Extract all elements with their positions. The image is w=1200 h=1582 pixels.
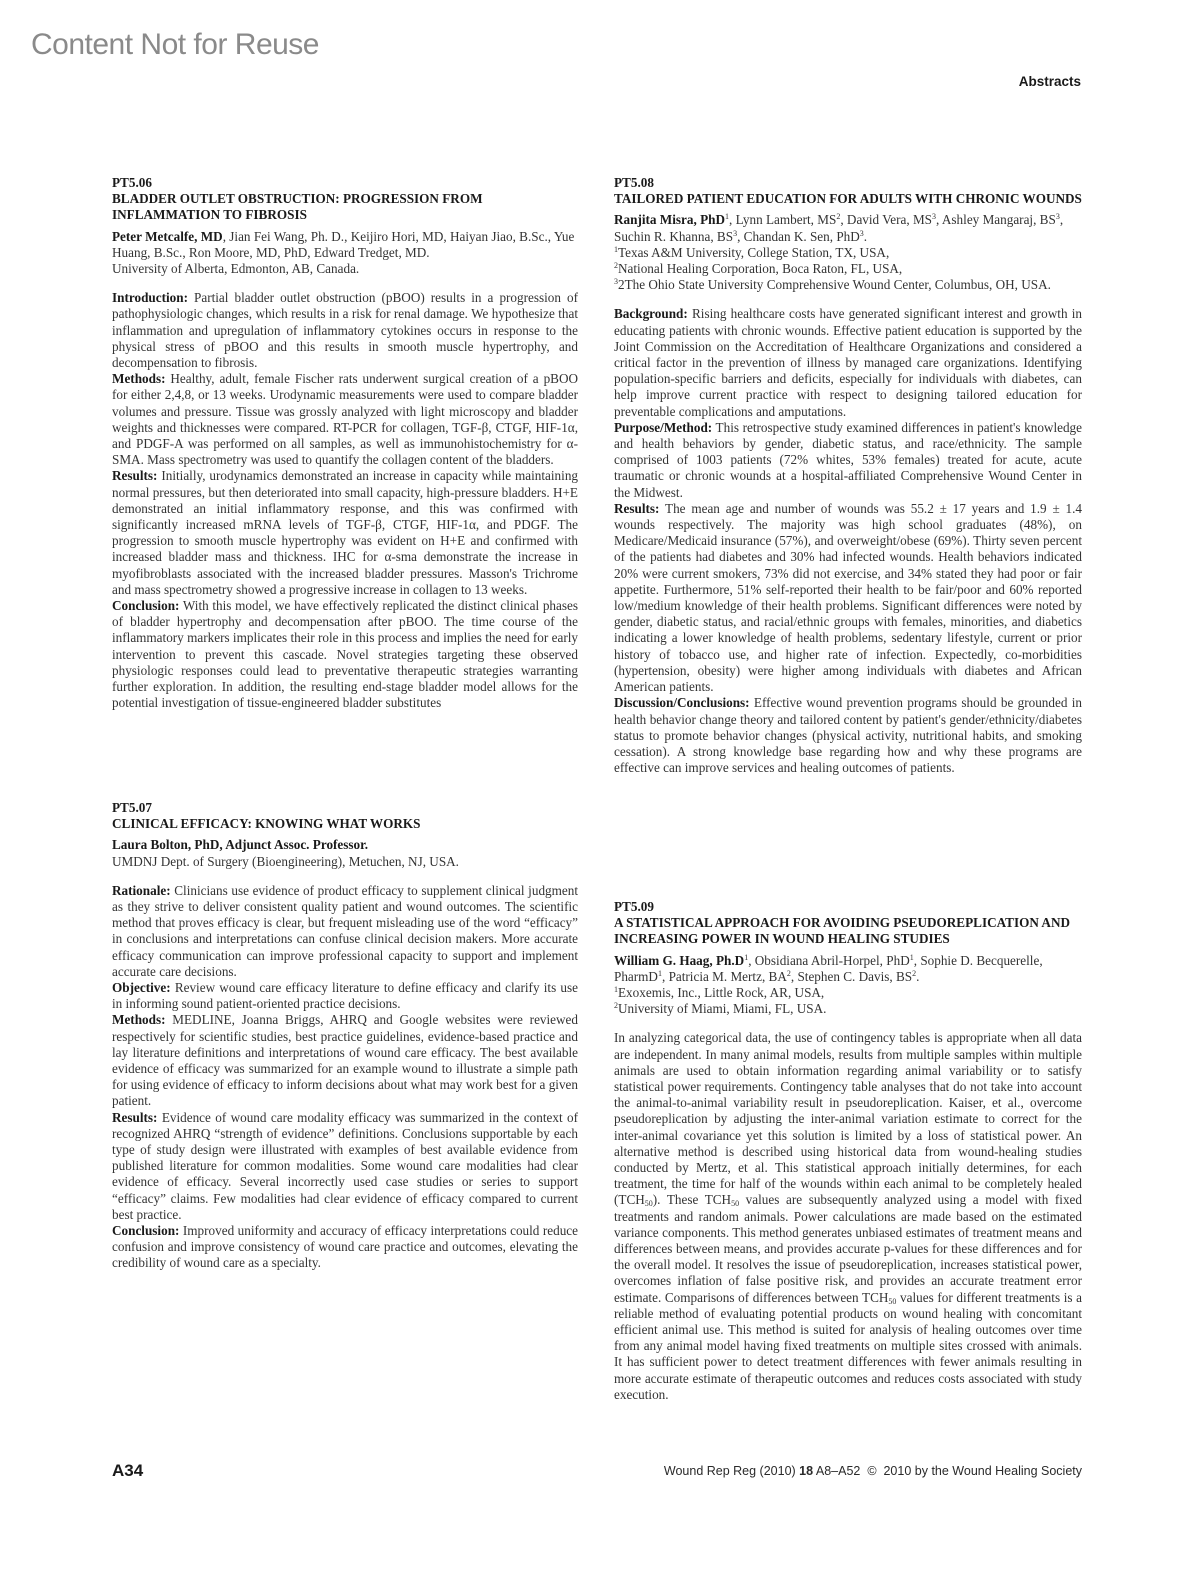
- author-list: Ranjita Misra, PhD1, Lynn Lambert, MS2, …: [614, 212, 1082, 244]
- affiliation: 32The Ohio State University Comprehensiv…: [614, 277, 1082, 293]
- section-purpose-method: Purpose/Method: This retrospective study…: [614, 420, 1082, 501]
- watermark: Content Not for Reuse: [31, 28, 319, 62]
- affiliation: UMDNJ Dept. of Surgery (Bioengineering),…: [112, 854, 578, 870]
- section-label: Methods:: [112, 371, 165, 386]
- author-list: Laura Bolton, PhD, Adjunct Assoc. Profes…: [112, 837, 578, 853]
- right-column: PT5.08 TAILORED PATIENT EDUCATION FOR AD…: [614, 175, 1082, 776]
- section-label: Conclusion:: [112, 598, 179, 613]
- author: Lynn Lambert, MS: [736, 212, 837, 227]
- affiliation-marker: 2: [836, 212, 840, 221]
- section-text: Initially, urodynamics demonstrated an i…: [112, 468, 578, 596]
- affiliation: University of Alberta, Edmonton, AB, Can…: [112, 261, 578, 277]
- presenting-author: Peter Metcalfe, MD: [112, 229, 223, 244]
- author: Stephen C. Davis, BS: [797, 969, 912, 984]
- section-label: Introduction:: [112, 290, 188, 305]
- section-results: Results: Initially, urodynamics demonstr…: [112, 468, 578, 598]
- affiliation-marker: 3: [1056, 212, 1060, 221]
- section-text: Review wound care efficacy literature to…: [112, 980, 578, 1011]
- section-conclusion: Conclusion: Improved uniformity and accu…: [112, 1223, 578, 1272]
- author: Chandan K. Sen, PhD: [744, 229, 860, 244]
- section-methods: Methods: MEDLINE, Joanna Briggs, AHRQ an…: [112, 1012, 578, 1109]
- section-text: Healthy, adult, female Fischer rats unde…: [112, 371, 578, 467]
- affiliation-marker: 1: [658, 969, 662, 978]
- abstract-title: BLADDER OUTLET OBSTRUCTION: PROGRESSION …: [112, 191, 578, 223]
- section-rationale: Rationale: Clinicians use evidence of pr…: [112, 883, 578, 980]
- abstract-title: CLINICAL EFFICACY: KNOWING WHAT WORKS: [112, 816, 578, 832]
- section-label: Results:: [614, 501, 659, 516]
- abstract-body: In analyzing categorical data, the use o…: [614, 1030, 1082, 1403]
- section-label: Discussion/Conclusions:: [614, 695, 750, 710]
- abstract-body: Introduction: Partial bladder outlet obs…: [112, 290, 578, 711]
- section-text: Rising healthcare costs have generated s…: [614, 306, 1082, 418]
- section-label: Rationale:: [112, 883, 171, 898]
- abstract-id: PT5.07: [112, 800, 578, 816]
- affiliation-marker: 3: [860, 229, 864, 238]
- affiliation-marker: 3: [733, 229, 737, 238]
- affiliation-marker: 2: [787, 969, 791, 978]
- section-discussion-conclusions: Discussion/Conclusions: Effective wound …: [614, 695, 1082, 776]
- author: David Vera, MS: [847, 212, 932, 227]
- abstract-body: Background: Rising healthcare costs have…: [614, 306, 1082, 776]
- section-text: Clinicians use evidence of product effic…: [112, 883, 578, 979]
- affiliation-marker: 1: [910, 953, 914, 962]
- author: Patricia M. Mertz, BA: [669, 969, 787, 984]
- section-background: Background: Rising healthcare costs have…: [614, 306, 1082, 419]
- section-text: Improved uniformity and accuracy of effi…: [112, 1223, 578, 1270]
- affiliation-marker: 3: [932, 212, 936, 221]
- section-results: Results: The mean age and number of woun…: [614, 501, 1082, 695]
- abstract-title: TAILORED PATIENT EDUCATION FOR ADULTS WI…: [614, 191, 1082, 207]
- affiliation-marker: 2: [912, 969, 916, 978]
- abstract-title: A STATISTICAL APPROACH FOR AVOIDING PSEU…: [614, 915, 1082, 947]
- section-label: Objective:: [112, 980, 171, 995]
- presenting-author: Ranjita Misra, PhD: [614, 212, 725, 227]
- section-introduction: Introduction: Partial bladder outlet obs…: [112, 290, 578, 371]
- running-head: Abstracts: [1019, 74, 1081, 89]
- affiliation: 2National Healing Corporation, Boca Rato…: [614, 261, 1082, 277]
- section-conclusion: Conclusion: With this model, we have eff…: [112, 598, 578, 711]
- affiliation: 1Texas A&M University, College Station, …: [614, 245, 1082, 261]
- abstract-pt5-08: PT5.08 TAILORED PATIENT EDUCATION FOR AD…: [614, 175, 1082, 776]
- journal-citation: Wound Rep Reg (2010) 18 A8–A52 © 2010 by…: [664, 1464, 1082, 1478]
- author-list: William G. Haag, Ph.D1, Obsidiana Abril-…: [614, 953, 1082, 985]
- presenting-author: William G. Haag, Ph.D: [614, 953, 744, 968]
- affiliation-marker: 1: [725, 212, 729, 221]
- section-label: Results:: [112, 468, 157, 483]
- author-list: Peter Metcalfe, MD, Jian Fei Wang, Ph. D…: [112, 229, 578, 261]
- abstract-id: PT5.06: [112, 175, 578, 191]
- section-text: MEDLINE, Joanna Briggs, AHRQ and Google …: [112, 1012, 578, 1108]
- section-text: With this model, we have effectively rep…: [112, 598, 578, 710]
- copyright-icon: ©: [867, 1464, 876, 1478]
- abstract-id: PT5.08: [614, 175, 1082, 191]
- section-text: The mean age and number of wounds was 55…: [614, 501, 1082, 694]
- affiliation: 1Exoxemis, Inc., Little Rock, AR, USA,: [614, 985, 1082, 1001]
- body-paragraph: In analyzing categorical data, the use o…: [614, 1030, 1082, 1403]
- section-label: Methods:: [112, 1012, 165, 1027]
- section-text: Evidence of wound care modality efficacy…: [112, 1110, 578, 1222]
- section-methods: Methods: Healthy, adult, female Fischer …: [112, 371, 578, 468]
- abstract-pt5-06: PT5.06 BLADDER OUTLET OBSTRUCTION: PROGR…: [112, 175, 578, 712]
- author: Suchin R. Khanna, BS: [614, 229, 733, 244]
- presenting-author: Laura Bolton, PhD, Adjunct Assoc. Profes…: [112, 837, 368, 852]
- abstract-pt5-09: PT5.09 A STATISTICAL APPROACH FOR AVOIDI…: [614, 899, 1082, 1403]
- section-label: Conclusion:: [112, 1223, 179, 1238]
- affiliation: 2University of Miami, Miami, FL, USA.: [614, 1001, 1082, 1017]
- affiliation-marker: 1: [744, 953, 748, 962]
- section-label: Background:: [614, 306, 688, 321]
- section-objective: Objective: Review wound care efficacy li…: [112, 980, 578, 1012]
- section-label: Purpose/Method:: [614, 420, 712, 435]
- author: Obsidiana Abril-Horpel, PhD: [755, 953, 910, 968]
- abstract-pt5-07: PT5.07 CLINICAL EFFICACY: KNOWING WHAT W…: [112, 800, 578, 1272]
- section-label: Results:: [112, 1110, 157, 1125]
- left-column: PT5.06 BLADDER OUTLET OBSTRUCTION: PROGR…: [112, 175, 578, 712]
- abstract-id: PT5.09: [614, 899, 1082, 915]
- abstract-body: Rationale: Clinicians use evidence of pr…: [112, 883, 578, 1272]
- page-number: A34: [112, 1461, 143, 1481]
- author: Ashley Mangaraj, BS: [942, 212, 1056, 227]
- section-results: Results: Evidence of wound care modality…: [112, 1110, 578, 1223]
